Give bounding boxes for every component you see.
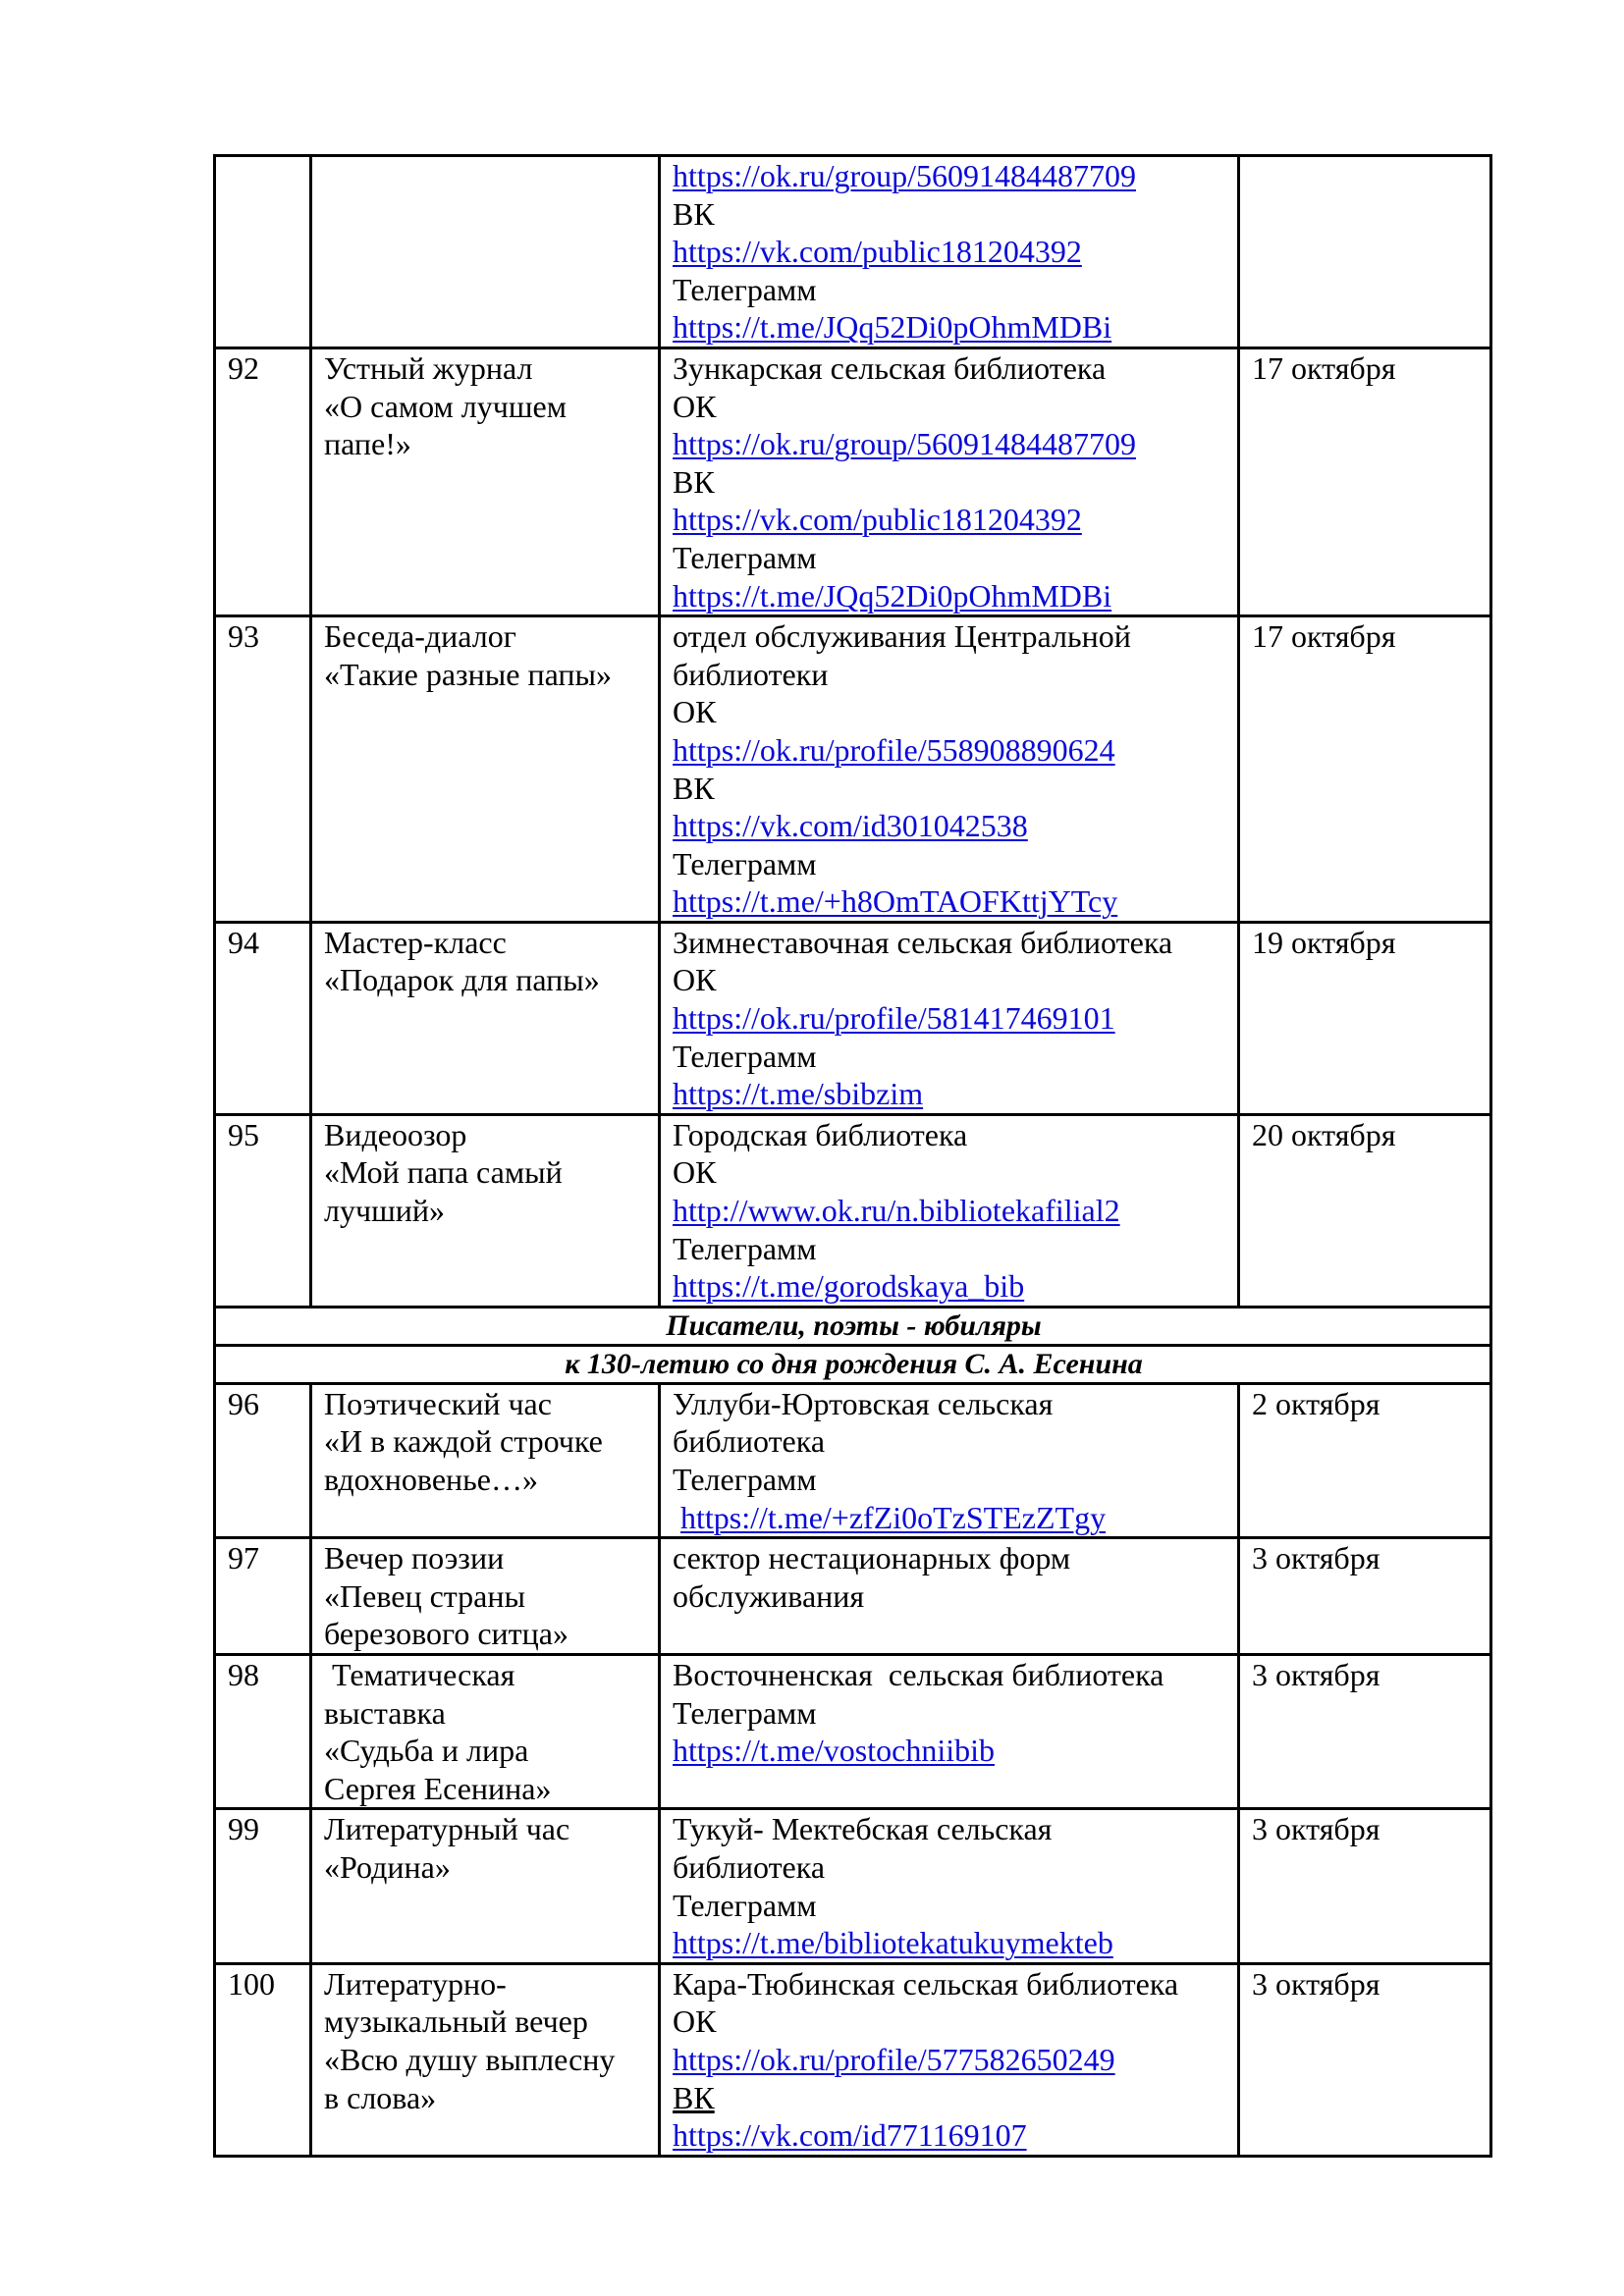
- social-link[interactable]: https://t.me/+h8OmTAOFKttjYTcy: [673, 883, 1117, 919]
- place-text: Телеграмм: [673, 1888, 817, 1923]
- place-text-line: Телеграмм: [673, 1461, 1227, 1499]
- event-name-line: папе!»: [324, 425, 648, 463]
- place-link-line: https://vk.com/public181204392: [673, 233, 1227, 271]
- event-date: 3 октября: [1239, 1963, 1491, 2156]
- social-link[interactable]: https://t.me/+zfZi0oTzSTEzZTgy: [673, 1500, 1106, 1535]
- event-name-line: в слова»: [324, 2079, 648, 2117]
- event-date: 17 октября: [1239, 616, 1491, 923]
- event-name-line: «Всю душу выплесну: [324, 2041, 648, 2079]
- place-text: Городская библиотека: [673, 1117, 967, 1152]
- place-text-line: библиотека: [673, 1848, 1227, 1887]
- place-text: Кара-Тюбинская сельская библиотека: [673, 1966, 1178, 2002]
- section-title: Писатели, поэты - юбиляры: [215, 1307, 1491, 1345]
- place-text-line: отдел обслуживания Центральной: [673, 617, 1227, 656]
- social-link[interactable]: https://vk.com/id771169107: [673, 2117, 1027, 2153]
- event-name-line: выставка: [324, 1694, 648, 1733]
- event-date: [1239, 156, 1491, 348]
- events-table-body: https://ok.ru/group/56091484487709ВКhttp…: [215, 156, 1491, 2157]
- place-text: Уллуби-Юртовская сельская: [673, 1386, 1053, 1421]
- place-link-line: https://t.me/+h8OmTAOFKttjYTcy: [673, 882, 1227, 921]
- event-date: 3 октября: [1239, 1654, 1491, 1808]
- event-place-cell: Зимнеставочная сельская библиотекаОКhttp…: [660, 922, 1239, 1114]
- place-text: ОК: [673, 1154, 716, 1190]
- event-name-cell: Тематическаявыставка«Судьба и лираСергея…: [311, 1654, 660, 1808]
- place-link-line: https://vk.com/id771169107: [673, 2116, 1227, 2155]
- place-link-line: https://ok.ru/profile/577582650249: [673, 2041, 1227, 2079]
- event-name-line: вдохновенье…»: [324, 1461, 648, 1499]
- event-number: 98: [215, 1654, 311, 1808]
- event-name-line: лучший»: [324, 1192, 648, 1230]
- place-text-line: ВК: [673, 2079, 1227, 2117]
- place-text-line: сектор нестационарных форм: [673, 1539, 1227, 1577]
- event-place-cell: Уллуби-Юртовская сельскаябиблиотекаТелег…: [660, 1383, 1239, 1537]
- place-text: библиотека: [673, 1423, 825, 1459]
- event-place-cell: Зункарская сельская библиотекаОКhttps://…: [660, 347, 1239, 615]
- event-name-line: Вечер поэзии: [324, 1539, 648, 1577]
- social-link[interactable]: https://ok.ru/group/56091484487709: [673, 158, 1136, 193]
- place-text: ВК: [673, 2080, 715, 2115]
- social-link[interactable]: https://t.me/JQq52Di0pOhmMDBi: [673, 309, 1111, 345]
- event-name-line: Беседа-диалог: [324, 617, 648, 656]
- section-title: к 130-летию со дня рождения С. А. Есенин…: [215, 1345, 1491, 1383]
- event-name-line: Тематическая: [324, 1656, 648, 1694]
- event-date: 19 октября: [1239, 922, 1491, 1114]
- place-text: ОК: [673, 2003, 716, 2039]
- table-row: 97Вечер поэзии«Певец страныберезового си…: [215, 1538, 1491, 1655]
- event-name-cell: Литературно-музыкальный вечер«Всю душу в…: [311, 1963, 660, 2156]
- event-place-cell: сектор нестационарных формобслуживания: [660, 1538, 1239, 1655]
- place-link-line: https://t.me/bibliotekatukuymekteb: [673, 1924, 1227, 1962]
- section-header-row: Писатели, поэты - юбиляры: [215, 1307, 1491, 1345]
- place-link-line: http://www.ok.ru/n.bibliotekafilial2: [673, 1192, 1227, 1230]
- event-name-line: Устный журнал: [324, 349, 648, 388]
- place-text: Зимнеставочная сельская библиотека: [673, 925, 1172, 960]
- place-text-line: Зункарская сельская библиотека: [673, 349, 1227, 388]
- event-name-line: «Такие разные папы»: [324, 656, 648, 694]
- event-name-line: Мастер-класс: [324, 924, 648, 962]
- place-text: Телеграмм: [673, 1231, 817, 1266]
- place-text: ВК: [673, 196, 715, 232]
- event-number: 93: [215, 616, 311, 923]
- event-place-cell: Городская библиотекаОКhttp://www.ok.ru/n…: [660, 1114, 1239, 1307]
- event-name-line: «Подарок для папы»: [324, 961, 648, 999]
- event-name-cell: [311, 156, 660, 348]
- place-link-line: https://t.me/JQq52Di0pOhmMDBi: [673, 308, 1227, 347]
- place-text-line: ВК: [673, 770, 1227, 808]
- place-link-line: https://ok.ru/group/56091484487709: [673, 157, 1227, 195]
- event-name-line: «Родина»: [324, 1848, 648, 1887]
- social-link[interactable]: https://ok.ru/profile/558908890624: [673, 732, 1115, 768]
- place-text-line: ВК: [673, 463, 1227, 502]
- table-row: 99Литературный час«Родина»Тукуй- Мектебс…: [215, 1809, 1491, 1963]
- event-name-cell: Литературный час«Родина»: [311, 1809, 660, 1963]
- event-name-cell: Мастер-класс«Подарок для папы»: [311, 922, 660, 1114]
- events-table: https://ok.ru/group/56091484487709ВКhttp…: [213, 154, 1492, 2158]
- event-name-line: «И в каждой строчке: [324, 1422, 648, 1461]
- social-link[interactable]: https://vk.com/public181204392: [673, 502, 1082, 537]
- event-number: 97: [215, 1538, 311, 1655]
- place-text: ВК: [673, 771, 715, 806]
- event-name-cell: Беседа-диалог«Такие разные папы»: [311, 616, 660, 923]
- table-row: https://ok.ru/group/56091484487709ВКhttp…: [215, 156, 1491, 348]
- event-number: 95: [215, 1114, 311, 1307]
- event-date: 3 октября: [1239, 1809, 1491, 1963]
- social-link[interactable]: https://ok.ru/group/56091484487709: [673, 426, 1136, 461]
- place-text: отдел обслуживания Центральной: [673, 618, 1131, 654]
- place-link-line: https://t.me/gorodskaya_bib: [673, 1267, 1227, 1306]
- place-text-line: ОК: [673, 693, 1227, 731]
- place-text-line: Зимнеставочная сельская библиотека: [673, 924, 1227, 962]
- place-text-line: Городская библиотека: [673, 1116, 1227, 1154]
- place-text-line: Телеграмм: [673, 271, 1227, 309]
- place-text: Восточненская сельская библиотека: [673, 1657, 1164, 1692]
- event-place-cell: Тукуй- Мектебская сельскаябиблиотекаТеле…: [660, 1809, 1239, 1963]
- event-date: 17 октября: [1239, 347, 1491, 615]
- place-text: обслуживания: [673, 1578, 864, 1614]
- event-name-line: березового ситца»: [324, 1615, 648, 1653]
- event-number: 94: [215, 922, 311, 1114]
- place-link-line: https://t.me/+zfZi0oTzSTEzZTgy: [673, 1499, 1227, 1537]
- table-row: 96Поэтический час«И в каждой строчкевдох…: [215, 1383, 1491, 1537]
- place-link-line: https://t.me/JQq52Di0pOhmMDBi: [673, 577, 1227, 615]
- place-text: Телеграмм: [673, 1695, 817, 1731]
- place-text: библиотека: [673, 1849, 825, 1885]
- event-number: 99: [215, 1809, 311, 1963]
- place-link-line: https://ok.ru/profile/581417469101: [673, 999, 1227, 1038]
- place-text-line: ВК: [673, 195, 1227, 234]
- place-text-line: ОК: [673, 961, 1227, 999]
- place-link-line: https://t.me/sbibzim: [673, 1075, 1227, 1113]
- event-name-line: «О самом лучшем: [324, 388, 648, 426]
- place-text-line: Телеграмм: [673, 539, 1227, 577]
- event-name-line: Сергея Есенина»: [324, 1770, 648, 1808]
- place-text-line: библиотеки: [673, 656, 1227, 694]
- place-text: ВК: [673, 464, 715, 500]
- event-date: 3 октября: [1239, 1538, 1491, 1655]
- social-link[interactable]: https://t.me/JQq52Di0pOhmMDBi: [673, 578, 1111, 614]
- social-link[interactable]: https://vk.com/public181204392: [673, 234, 1082, 269]
- event-name-cell: Поэтический час«И в каждой строчкевдохно…: [311, 1383, 660, 1537]
- social-link[interactable]: https://t.me/vostochniibib: [673, 1733, 995, 1768]
- event-number: 92: [215, 347, 311, 615]
- place-text: библиотеки: [673, 657, 828, 692]
- event-number: [215, 156, 311, 348]
- section-header-row: к 130-летию со дня рождения С. А. Есенин…: [215, 1345, 1491, 1383]
- place-text-line: Телеграмм: [673, 845, 1227, 883]
- social-link[interactable]: https://ok.ru/profile/577582650249: [673, 2042, 1115, 2077]
- place-text: Телеграмм: [673, 1462, 817, 1497]
- table-row: 100Литературно-музыкальный вечер«Всю душ…: [215, 1963, 1491, 2156]
- place-text: ОК: [673, 962, 716, 997]
- place-text-line: Телеграмм: [673, 1887, 1227, 1925]
- place-link-line: https://vk.com/public181204392: [673, 501, 1227, 539]
- event-name-line: «Певец страны: [324, 1577, 648, 1616]
- place-text-line: ОК: [673, 1153, 1227, 1192]
- place-text: ОК: [673, 694, 716, 729]
- event-place-cell: Кара-Тюбинская сельская библиотекаОКhttp…: [660, 1963, 1239, 2156]
- place-text-line: Телеграмм: [673, 1694, 1227, 1733]
- event-place-cell: https://ok.ru/group/56091484487709ВКhttp…: [660, 156, 1239, 348]
- event-number: 96: [215, 1383, 311, 1537]
- place-text: Телеграмм: [673, 1039, 817, 1074]
- place-text-line: Тукуй- Мектебская сельская: [673, 1810, 1227, 1848]
- event-name-cell: Видеоозор«Мой папа самыйлучший»: [311, 1114, 660, 1307]
- place-text-line: Телеграмм: [673, 1038, 1227, 1076]
- event-name-cell: Вечер поэзии«Певец страныберезового ситц…: [311, 1538, 660, 1655]
- event-name-line: Литературно-: [324, 1965, 648, 2003]
- social-link[interactable]: https://t.me/sbibzim: [673, 1076, 923, 1111]
- place-text-line: обслуживания: [673, 1577, 1227, 1616]
- place-text-line: ОК: [673, 2002, 1227, 2041]
- place-text-line: Кара-Тюбинская сельская библиотека: [673, 1965, 1227, 2003]
- social-link[interactable]: https://vk.com/id301042538: [673, 808, 1028, 843]
- place-link-line: https://vk.com/id301042538: [673, 807, 1227, 845]
- event-name-line: Поэтический час: [324, 1385, 648, 1423]
- place-link-line: https://ok.ru/group/56091484487709: [673, 425, 1227, 463]
- place-text-line: ОК: [673, 388, 1227, 426]
- social-link[interactable]: https://t.me/bibliotekatukuymekteb: [673, 1925, 1113, 1960]
- place-text: ОК: [673, 389, 716, 424]
- social-link[interactable]: https://ok.ru/profile/581417469101: [673, 1000, 1115, 1036]
- place-text: сектор нестационарных форм: [673, 1540, 1070, 1575]
- place-text-line: Телеграмм: [673, 1230, 1227, 1268]
- document-page: https://ok.ru/group/56091484487709ВКhttp…: [0, 0, 1624, 2296]
- place-text: Телеграмм: [673, 272, 817, 307]
- event-name-line: Литературный час: [324, 1810, 648, 1848]
- event-name-line: «Мой папа самый: [324, 1153, 648, 1192]
- table-row: 95Видеоозор«Мой папа самыйлучший»Городск…: [215, 1114, 1491, 1307]
- place-link-line: https://t.me/vostochniibib: [673, 1732, 1227, 1770]
- place-text-line: Уллуби-Юртовская сельская: [673, 1385, 1227, 1423]
- event-date: 2 октября: [1239, 1383, 1491, 1537]
- table-row: 94Мастер-класс«Подарок для папы»Зимнеста…: [215, 922, 1491, 1114]
- table-row: 98 Тематическаявыставка«Судьба и лираСер…: [215, 1654, 1491, 1808]
- event-name-line: Видеоозор: [324, 1116, 648, 1154]
- event-place-cell: отдел обслуживания Центральнойбиблиотеки…: [660, 616, 1239, 923]
- table-row: 93Беседа-диалог«Такие разные папы»отдел …: [215, 616, 1491, 923]
- event-name-line: музыкальный вечер: [324, 2002, 648, 2041]
- place-text: Телеграмм: [673, 540, 817, 575]
- event-number: 100: [215, 1963, 311, 2156]
- social-link[interactable]: https://t.me/gorodskaya_bib: [673, 1268, 1024, 1304]
- place-text-line: Восточненская сельская библиотека: [673, 1656, 1227, 1694]
- place-text: Телеграмм: [673, 846, 817, 881]
- event-place-cell: Восточненская сельская библиотекаТелегра…: [660, 1654, 1239, 1808]
- event-name-line: «Судьба и лира: [324, 1732, 648, 1770]
- social-link[interactable]: http://www.ok.ru/n.bibliotekafilial2: [673, 1193, 1120, 1228]
- event-date: 20 октября: [1239, 1114, 1491, 1307]
- place-link-line: https://ok.ru/profile/558908890624: [673, 731, 1227, 770]
- event-name-cell: Устный журнал«О самом лучшемпапе!»: [311, 347, 660, 615]
- place-text: Тукуй- Мектебская сельская: [673, 1811, 1052, 1846]
- place-text: Зункарская сельская библиотека: [673, 350, 1106, 386]
- table-row: 92Устный журнал«О самом лучшемпапе!»Зунк…: [215, 347, 1491, 615]
- place-text-line: библиотека: [673, 1422, 1227, 1461]
